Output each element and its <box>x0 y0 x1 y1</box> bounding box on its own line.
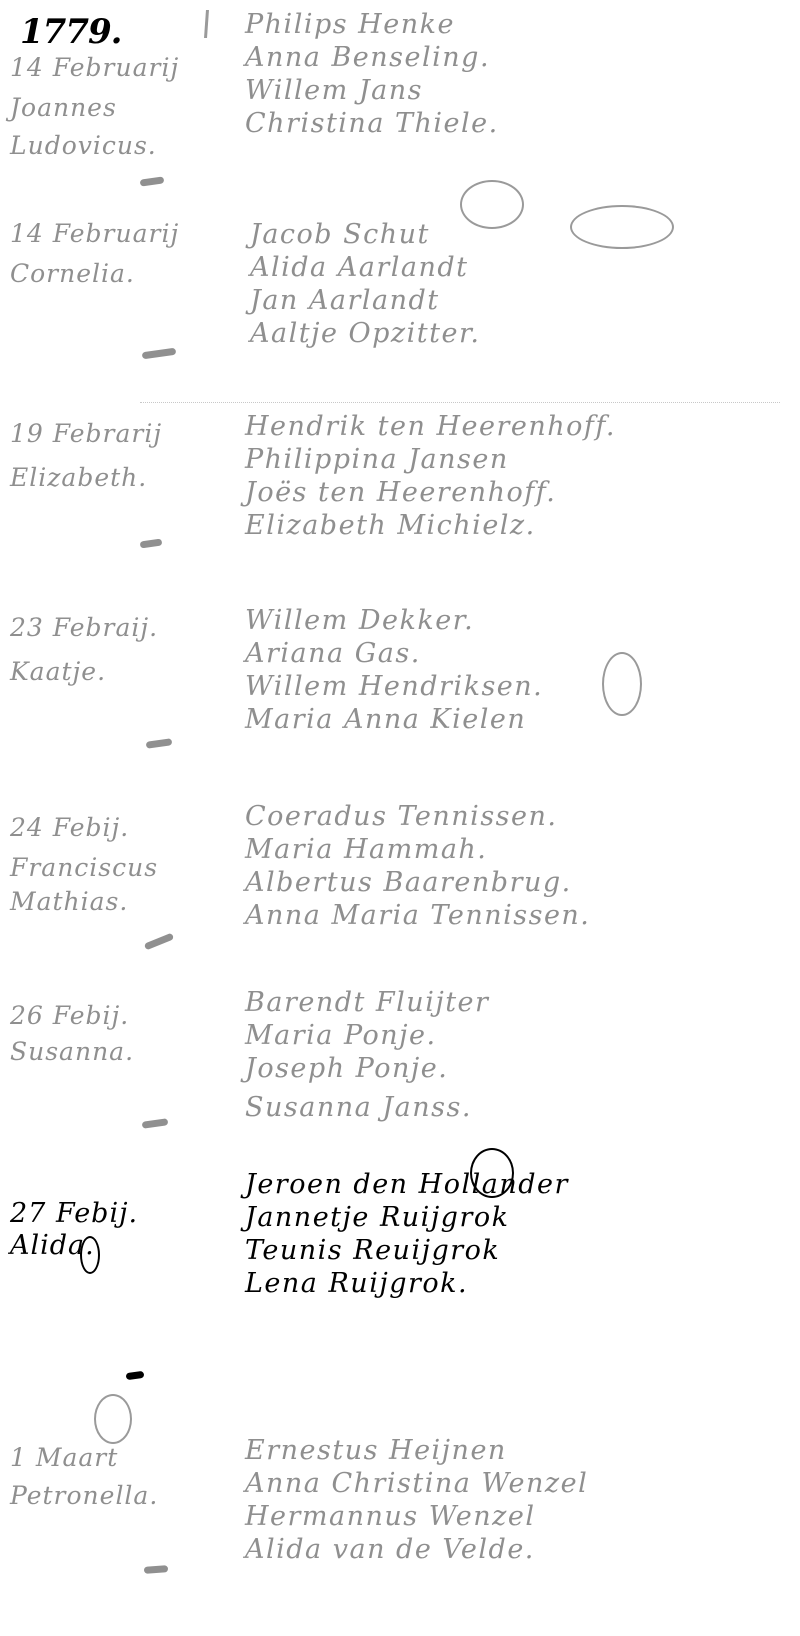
godmother-name: Lena Ruijgrok. <box>245 1267 569 1300</box>
flourish-decoration <box>460 180 524 229</box>
father-name: Coeradus Tennissen. <box>245 800 590 833</box>
entry-date: 19 Febrarij <box>10 418 162 450</box>
entry-separator <box>140 176 165 186</box>
ruled-line <box>140 402 780 403</box>
entry-separator <box>144 1565 168 1574</box>
godfather-name: Joseph Ponje. <box>245 1052 489 1085</box>
mother-name: Alida Aarlandt <box>250 251 481 284</box>
child-name: Susanna. <box>10 1036 134 1068</box>
father-name: Willem Dekker. <box>245 604 543 637</box>
godfather-name: Willem Hendriksen. <box>245 670 543 703</box>
mother-name: Philippina Jansen <box>245 443 616 476</box>
entry-date: 26 Febij. <box>10 1000 129 1032</box>
parents-sponsors: Willem Dekker. Ariana Gas. Willem Hendri… <box>245 604 543 736</box>
entry-separator <box>140 539 163 549</box>
mother-name: Anna Christina Wenzel <box>245 1467 588 1500</box>
father-name: Jacob Schut <box>250 218 481 251</box>
child-name: Kaatje. <box>10 656 106 688</box>
entry-separator <box>126 1371 145 1380</box>
mother-name: Maria Ponje. <box>245 1019 489 1052</box>
entry-date: 27 Febij. <box>10 1198 138 1230</box>
father-name: Hendrik ten Heerenhoff. <box>245 410 616 443</box>
godmother-name: Elizabeth Michielz. <box>245 509 616 542</box>
godfather-name: Joës ten Heerenhoff. <box>245 476 616 509</box>
parents-sponsors: Philips Henke Anna Benseling. Willem Jan… <box>245 8 499 140</box>
child-name: Petronella. <box>10 1480 158 1512</box>
entry-date: 24 Febij. <box>10 812 129 844</box>
child-name-2: Ludovicus. <box>10 130 157 162</box>
parents-sponsors: Jacob Schut Alida Aarlandt Jan Aarlandt … <box>250 218 481 350</box>
godmother-name: Maria Anna Kielen <box>245 703 543 736</box>
entry-date: 23 Febraij. <box>10 612 158 644</box>
child-name: Joannes <box>10 92 117 124</box>
parents-sponsors: Coeradus Tennissen. Maria Hammah. Albert… <box>245 800 590 932</box>
godmother-name: Aaltje Opzitter. <box>250 317 481 350</box>
godfather-name: Albertus Baarenbrug. <box>245 866 590 899</box>
flourish-decoration <box>570 205 674 249</box>
father-name: Barendt Fluijter <box>245 986 489 1019</box>
godmother-name: Anna Maria Tennissen. <box>245 899 590 932</box>
godmother-name: Susanna Janss. <box>245 1091 489 1124</box>
entry-separator <box>142 348 177 360</box>
flourish-decoration <box>94 1394 132 1444</box>
parents-sponsors: Barendt Fluijter Maria Ponje. Joseph Pon… <box>245 986 489 1124</box>
godmother-name: Alida van de Velde. <box>245 1533 588 1566</box>
parents-sponsors: Hendrik ten Heerenhoff. Philippina Janse… <box>245 410 616 542</box>
child-name: Franciscus <box>10 852 158 884</box>
flourish-decoration <box>470 1148 514 1198</box>
parents-sponsors: Jeroen den Hollander Jannetje Ruijgrok T… <box>245 1168 569 1300</box>
entry-date: 1 Maart <box>10 1442 118 1474</box>
father-name: Jeroen den Hollander <box>245 1168 569 1201</box>
godfather-name: Teunis Reuijgrok <box>245 1234 569 1267</box>
godfather-name: Hermannus Wenzel <box>245 1500 588 1533</box>
entry-date: 14 Februarij <box>10 218 179 250</box>
flourish-decoration <box>602 652 642 716</box>
register-page: 1779. 14 Februarij Joannes Ludovicus. Ph… <box>0 0 800 1636</box>
godfather-name: Willem Jans <box>245 74 499 107</box>
child-name: Cornelia. <box>10 258 135 290</box>
entry-separator <box>144 933 174 951</box>
entry-date: 14 Februarij <box>10 52 179 84</box>
child-name-2: Mathias. <box>10 886 128 918</box>
parents-sponsors: Ernestus Heijnen Anna Christina Wenzel H… <box>245 1434 588 1566</box>
godmother-name: Christina Thiele. <box>245 107 499 140</box>
godfather-name: Jan Aarlandt <box>250 284 481 317</box>
entry-separator <box>146 738 173 749</box>
year-heading: 1779. <box>20 12 121 52</box>
mother-name: Maria Hammah. <box>245 833 590 866</box>
child-name: Elizabeth. <box>10 462 147 494</box>
mother-name: Jannetje Ruijgrok <box>245 1201 569 1234</box>
father-name: Philips Henke <box>245 8 499 41</box>
entry-separator <box>142 1118 169 1129</box>
father-name: Ernestus Heijnen <box>245 1434 588 1467</box>
mother-name: Ariana Gas. <box>245 637 543 670</box>
flourish-decoration <box>80 1236 100 1274</box>
mother-name: Anna Benseling. <box>245 41 499 74</box>
margin-tick-mark <box>204 10 209 38</box>
